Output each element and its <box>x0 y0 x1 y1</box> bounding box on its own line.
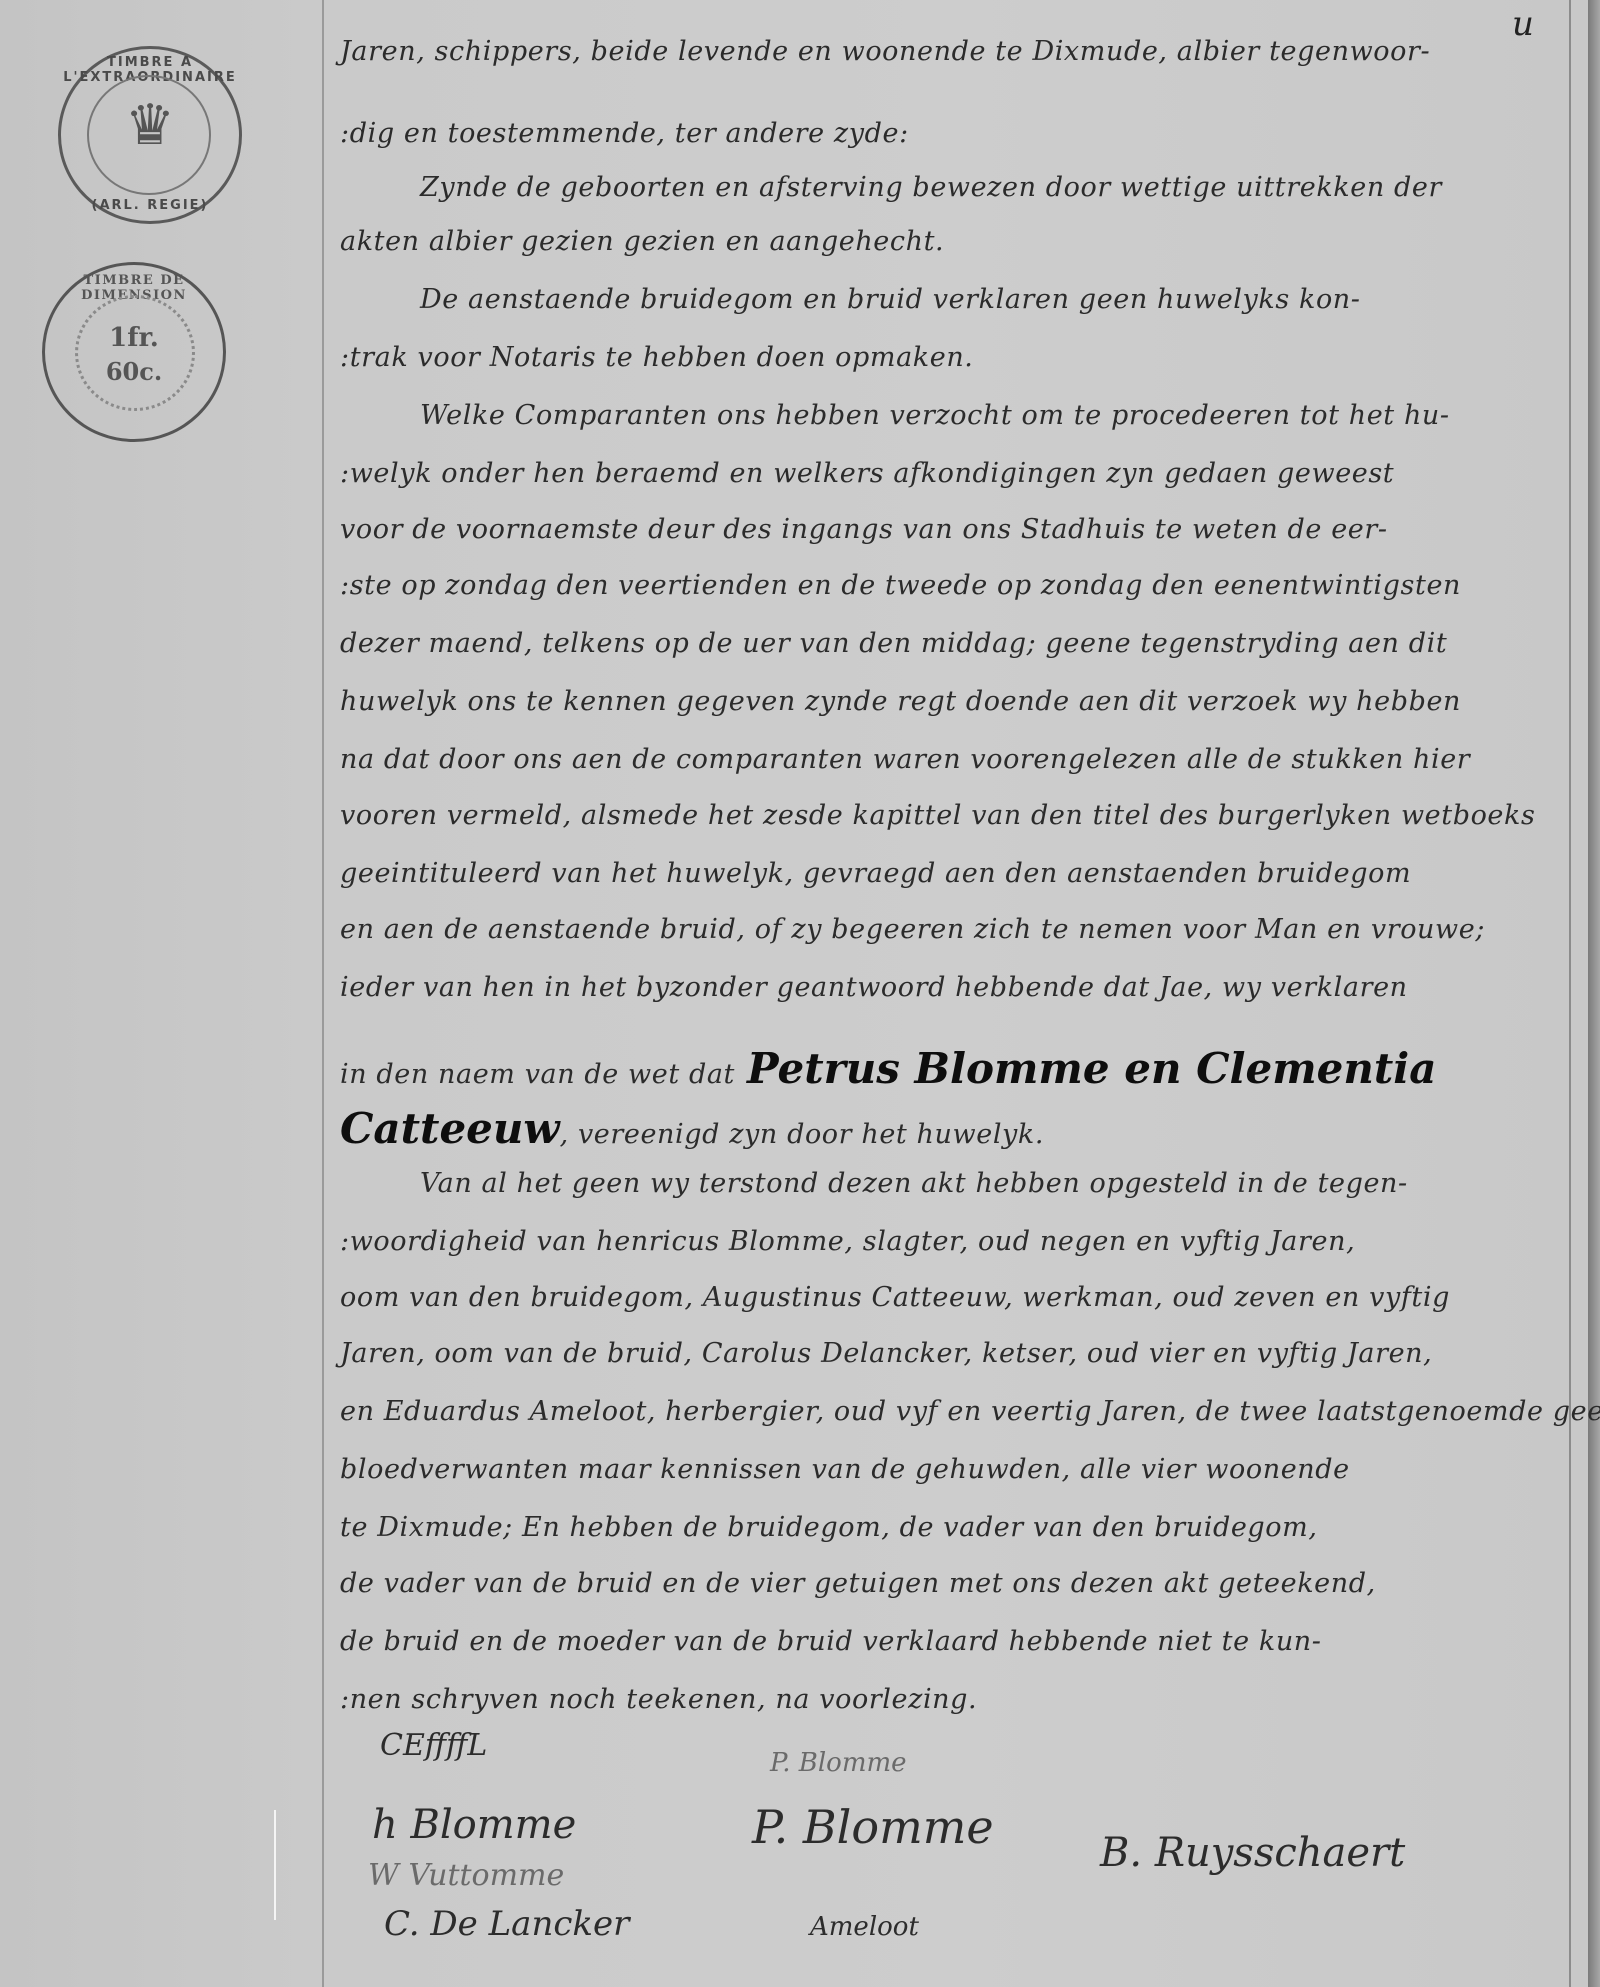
text-line-content: De aenstaende bruidegom en bruid verklar… <box>420 284 1361 315</box>
text-line-content: en Eduardus Ameloot, herbergier, oud vyf… <box>340 1396 1600 1427</box>
signature: C. De Lancker <box>384 1904 629 1944</box>
text-line-content: Zynde de geboorten en afsterving bewezen… <box>420 172 1442 203</box>
text-line: :welyk onder hen beraemd en welkers afko… <box>340 458 1394 489</box>
text-line: de vader van de bruid en de vier getuige… <box>340 1568 1376 1599</box>
bride-surname: Catteeuw <box>340 1104 560 1153</box>
text-line: :trak voor Notaris te hebben doen opmake… <box>340 342 974 373</box>
laurel-wreath-icon <box>75 295 195 411</box>
left-margin-rule <box>322 0 324 1987</box>
signature: P. Blomme <box>752 1800 994 1854</box>
extraordinary-tax-stamp: TIMBRE A L'EXTRAORDINAIRE ♛ (ARL. REGIE) <box>58 46 242 224</box>
text-line: :nen schryven noch teekenen, na voorlezi… <box>340 1684 977 1715</box>
text-line: en aen de aenstaende bruid, of zy begeer… <box>340 914 1485 945</box>
text-line-content: :woordigheid van henricus Blomme, slagte… <box>340 1226 1355 1257</box>
text-line: geeintituleerd van het huwelyk, gevraegd… <box>340 858 1411 889</box>
text-line-content: :dig en toestemmende, ter andere zyde: <box>340 118 909 149</box>
stamp-value-francs: 1fr. <box>45 323 223 353</box>
text-line-content: Van al het geen wy terstond dezen akt he… <box>420 1168 1408 1199</box>
text-line-content: ieder van hen in het byzonder geantwoord… <box>340 972 1408 1003</box>
text-line: na dat door ons aen de comparanten waren… <box>340 744 1470 775</box>
text-line-content: :welyk onder hen beraemd en welkers afko… <box>340 458 1394 489</box>
text-line-content: voor de voornaemste deur des ingangs van… <box>340 514 1388 545</box>
stamp-ring-text-bottom: (ARL. REGIE) <box>61 198 239 213</box>
signature: W Vuttomme <box>368 1858 564 1893</box>
text-line: dezer maend, telkens op de uer van den m… <box>340 628 1447 659</box>
text-line: oom van den bruidegom, Augustinus Cattee… <box>340 1282 1450 1313</box>
page-edge <box>1588 0 1600 1987</box>
text-line-content: akten albier gezien gezien en aangehecht… <box>340 226 944 257</box>
text-line-content: geeintituleerd van het huwelyk, gevraegd… <box>340 858 1411 889</box>
text-line: Catteeuw, vereenigd zyn door het huwelyk… <box>340 1104 1044 1153</box>
right-margin-rule <box>1569 0 1571 1987</box>
text-line-content: bloedverwanten maar kennissen van de geh… <box>340 1454 1350 1485</box>
text-line-content: :trak voor Notaris te hebben doen opmake… <box>340 342 974 373</box>
text-line-content: huwelyk ons te kennen gegeven zynde regt… <box>340 686 1461 717</box>
page-number: u <box>1512 4 1534 44</box>
text-line-content: na dat door ons aen de comparanten waren… <box>340 744 1470 775</box>
text-line: Jaren, schippers, beide levende en woone… <box>340 36 1430 67</box>
text-line-content: vooren vermeld, alsmede het zesde kapitt… <box>340 800 1535 831</box>
text-line-content: dezer maend, telkens op de uer van den m… <box>340 628 1447 659</box>
scan-artifact <box>274 1810 276 1920</box>
couple-names: Petrus Blomme en Clementia <box>747 1044 1436 1093</box>
text-line-content: :ste op zondag den veertienden en de twe… <box>340 570 1461 601</box>
text-line-content: de bruid en de moeder van de bruid verkl… <box>340 1626 1322 1657</box>
signature: Ameloot <box>810 1912 919 1942</box>
text-line-content: in den naem van de wet dat <box>340 1059 735 1090</box>
text-line: te Dixmude; En hebben de bruidegom, de v… <box>340 1512 1318 1543</box>
signature: P. Blomme <box>770 1748 907 1778</box>
text-line: Van al het geen wy terstond dezen akt he… <box>420 1168 1408 1199</box>
text-line: in den naem van de wet datPetrus Blomme … <box>340 1044 1436 1093</box>
signature: B. Ruysschaert <box>1100 1830 1405 1876</box>
text-line: :dig en toestemmende, ter andere zyde: <box>340 118 909 149</box>
stamp-value-centimes: 60c. <box>45 357 223 386</box>
signature: h Blomme <box>372 1802 576 1848</box>
text-line: De aenstaende bruidegom en bruid verklar… <box>420 284 1361 315</box>
text-line-content: te Dixmude; En hebben de bruidegom, de v… <box>340 1512 1318 1543</box>
text-line: de bruid en de moeder van de bruid verkl… <box>340 1626 1322 1657</box>
text-line-content: de vader van de bruid en de vier getuige… <box>340 1568 1376 1599</box>
signature: CEffffL <box>380 1728 487 1763</box>
text-line: huwelyk ons te kennen gegeven zynde regt… <box>340 686 1461 717</box>
text-line: Jaren, oom van de bruid, Carolus Delanck… <box>340 1338 1432 1369</box>
text-line-content: Jaren, schippers, beide levende en woone… <box>340 36 1430 67</box>
text-line: :ste op zondag den veertienden en de twe… <box>340 570 1461 601</box>
text-line: :woordigheid van henricus Blomme, slagte… <box>340 1226 1355 1257</box>
dimension-tax-stamp: TIMBRE DE DIMENSION 1fr. 60c. <box>42 262 226 442</box>
text-line: voor de voornaemste deur des ingangs van… <box>340 514 1388 545</box>
text-line: en Eduardus Ameloot, herbergier, oud vyf… <box>340 1396 1600 1427</box>
text-line-content: oom van den bruidegom, Augustinus Cattee… <box>340 1282 1450 1313</box>
text-line-content: Jaren, oom van de bruid, Carolus Delanck… <box>340 1338 1432 1369</box>
text-line: Zynde de geboorten en afsterving bewezen… <box>420 172 1442 203</box>
text-line: ieder van hen in het byzonder geantwoord… <box>340 972 1408 1003</box>
text-line: Welke Comparanten ons hebben verzocht om… <box>420 400 1450 431</box>
text-line-content: , vereenigd zyn door het huwelyk. <box>560 1119 1044 1150</box>
document-page: u TIMBRE A L'EXTRAORDINAIRE ♛ (ARL. REGI… <box>0 0 1600 1987</box>
text-line: vooren vermeld, alsmede het zesde kapitt… <box>340 800 1535 831</box>
crowned-lion-icon: ♛ <box>61 93 239 158</box>
text-line-content: :nen schryven noch teekenen, na voorlezi… <box>340 1684 977 1715</box>
text-line-content: Welke Comparanten ons hebben verzocht om… <box>420 400 1450 431</box>
text-line-content: en aen de aenstaende bruid, of zy begeer… <box>340 914 1485 945</box>
text-line: bloedverwanten maar kennissen van de geh… <box>340 1454 1350 1485</box>
text-line: akten albier gezien gezien en aangehecht… <box>340 226 944 257</box>
